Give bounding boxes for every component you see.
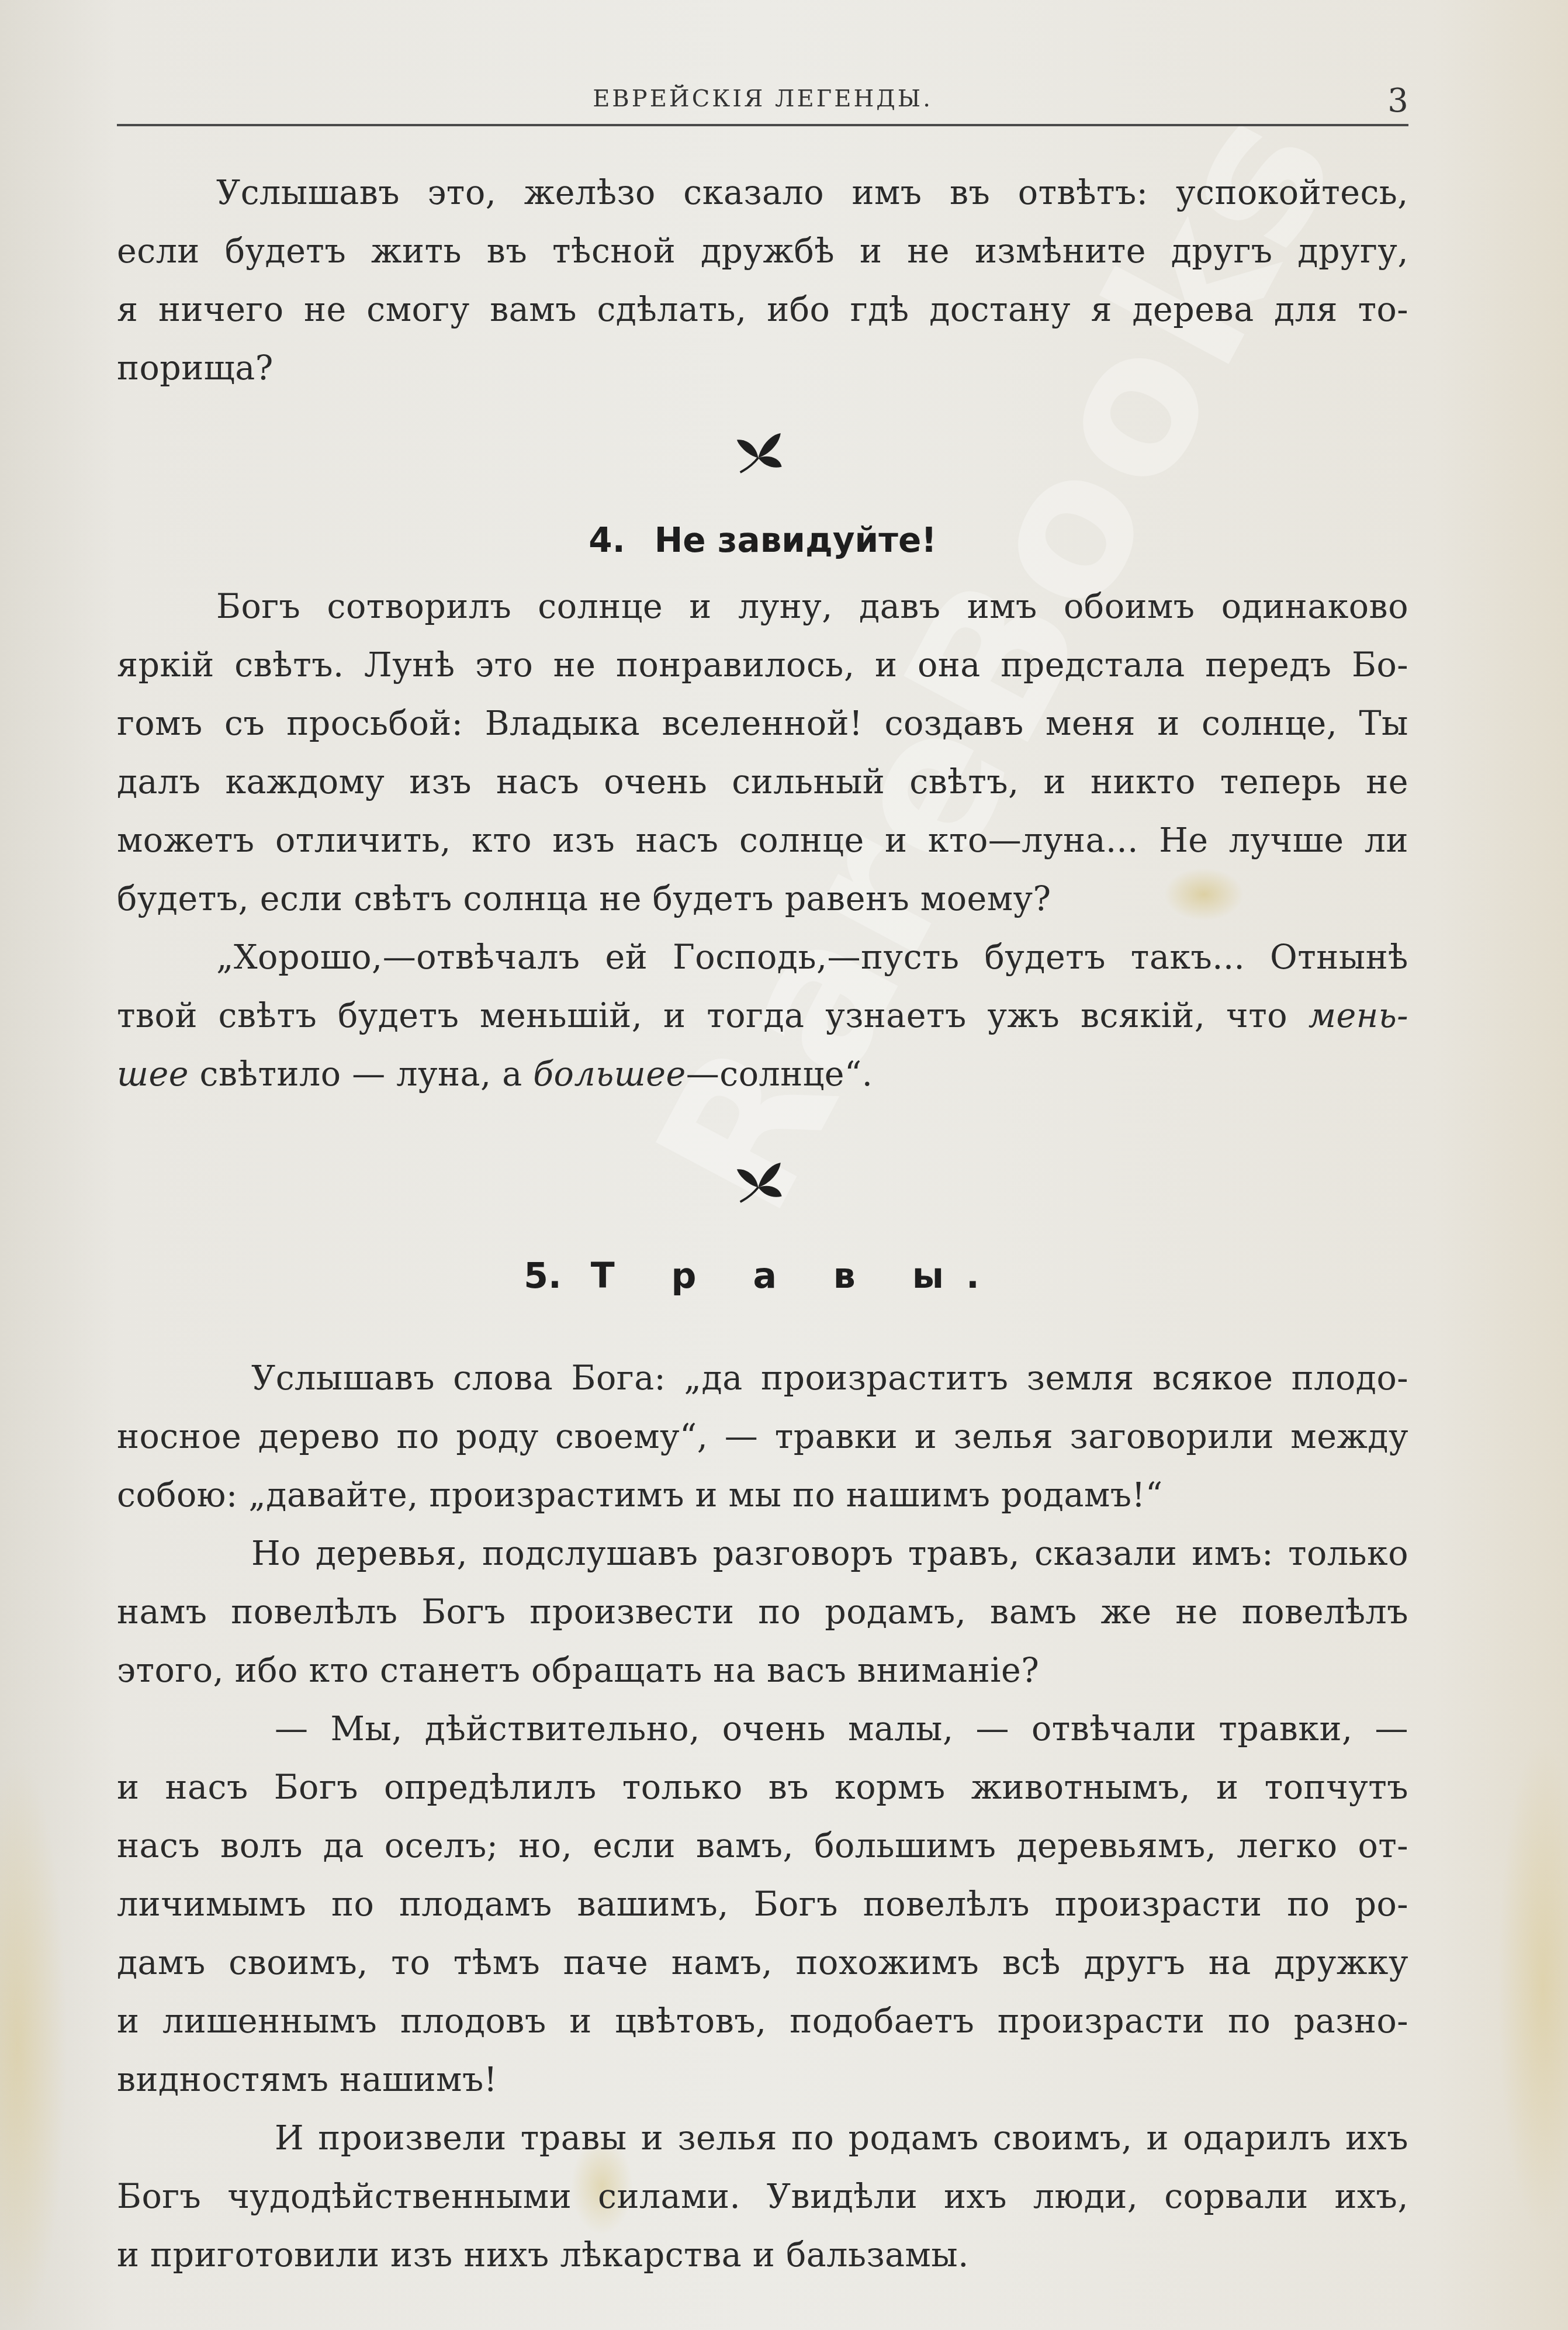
- text-line: этого, ибо кто станетъ обращать на васъ …: [117, 1641, 1408, 1700]
- text-line: Услышавъ слова Бога: „да произраститъ зе…: [117, 1349, 1408, 1408]
- leaf-sprig-icon: [735, 1161, 791, 1204]
- text-line: Богъ чудодѣйственными силами. Увидѣли их…: [117, 2167, 1408, 2226]
- text-line: И произвели травы и зелья по родамъ свои…: [117, 2109, 1408, 2167]
- text-line: собою: „давайте, произрастимъ и мы по на…: [117, 1466, 1408, 1524]
- text-line: яркій свѣтъ. Лунѣ это не понравилось, и …: [117, 636, 1408, 694]
- page-body: Услышавъ это, желѣзо сказало имъ въ отвѣ…: [117, 164, 1408, 2284]
- text-line: Богъ сотворилъ солнце и луну, давъ имъ о…: [117, 578, 1408, 636]
- text-line: я ничего не смогу вамъ сдѣлать, ибо гдѣ …: [117, 281, 1408, 339]
- section-heading: Т р а в ы.: [591, 1256, 1002, 1297]
- section-5-paragraph-1: Услышавъ слова Бога: „да произраститъ зе…: [117, 1349, 1408, 1524]
- text-line: и лишеннымъ плодовъ и цвѣтовъ, подобаетъ…: [117, 1992, 1408, 2051]
- text-line: намъ повелѣлъ Богъ произвести по родамъ,…: [117, 1583, 1408, 1641]
- intro-paragraph: Услышавъ это, желѣзо сказало имъ въ отвѣ…: [117, 164, 1408, 397]
- text-line: личимымъ по плодамъ вашимъ, Богъ повелѣл…: [117, 1875, 1408, 1934]
- text-line: насъ волъ да оселъ; но, если вамъ, больш…: [117, 1817, 1408, 1875]
- text-line: гомъ съ просьбой: Владыка вселенной! соз…: [117, 694, 1408, 753]
- leaf-sprig-icon: [735, 432, 791, 474]
- text-line: носное дерево по роду своему“, — травки …: [117, 1408, 1408, 1466]
- header-rule: [117, 124, 1408, 126]
- section-number: 4.: [589, 520, 625, 560]
- text-run: —солнце“.: [686, 1055, 873, 1094]
- section-4-title: 4.Не завидуйте!: [117, 520, 1408, 560]
- text-line: далъ каждому изъ насъ очень сильный свѣт…: [117, 753, 1408, 811]
- book-page: RareBooks ЕВРЕЙСКІЯ ЛЕГЕНДЫ. 3 Услышавъ …: [0, 0, 1568, 2330]
- section-5-title: 5.Т р а в ы.: [117, 1256, 1408, 1297]
- text-line: — Мы, дѣйствительно, очень малы, — отвѣч…: [117, 1700, 1408, 1758]
- running-title: ЕВРЕЙСКІЯ ЛЕГЕНДЫ.: [117, 85, 1408, 112]
- text-line: твой свѣтъ будетъ меньшій, и тогда узнае…: [117, 987, 1408, 1045]
- text-line: видностямъ нашимъ!: [117, 2051, 1408, 2109]
- text-run: свѣтило — луна, а: [189, 1055, 533, 1094]
- section-heading: Не завидуйте!: [655, 520, 937, 560]
- running-head: ЕВРЕЙСКІЯ ЛЕГЕНДЫ. 3: [117, 82, 1408, 129]
- section-4-paragraph-1: Богъ сотворилъ солнце и луну, давъ имъ о…: [117, 578, 1408, 928]
- section-ornament: [117, 1150, 1408, 1215]
- text-line: Но деревья, подслушавъ разговоръ травъ, …: [117, 1524, 1408, 1583]
- text-line: и насъ Богъ опредѣлилъ только въ кормъ ж…: [117, 1758, 1408, 1817]
- italic-word: мень-: [1309, 997, 1408, 1035]
- text-line: будетъ, если свѣтъ солнца не будетъ раве…: [117, 870, 1408, 928]
- section-ornament: [117, 421, 1408, 485]
- section-5-paragraph-3: — Мы, дѣйствительно, очень малы, — отвѣч…: [117, 1700, 1408, 2109]
- section-number: 5.: [524, 1256, 562, 1297]
- section-5-paragraph-2: Но деревья, подслушавъ разговоръ травъ, …: [117, 1524, 1408, 1700]
- text-line: „Хорошо,—отвѣчалъ ей Господь,—пусть буде…: [117, 928, 1408, 987]
- text-line: шее свѣтило — луна, а большее—солнце“.: [117, 1045, 1408, 1104]
- section-5-paragraph-4: И произвели травы и зелья по родамъ свои…: [117, 2109, 1408, 2284]
- text-line: если будетъ жить въ тѣсной дружбѣ и не и…: [117, 222, 1408, 281]
- section-4-paragraph-2: „Хорошо,—отвѣчалъ ей Господь,—пусть буде…: [117, 928, 1408, 1104]
- text-line: дамъ своимъ, то тѣмъ паче намъ, похожимъ…: [117, 1934, 1408, 1992]
- italic-word: большее: [533, 1055, 686, 1094]
- text-line: Услышавъ это, желѣзо сказало имъ въ отвѣ…: [117, 164, 1408, 222]
- text-line: и приготовили изъ нихъ лѣкарства и бальз…: [117, 2226, 1408, 2284]
- page-number: 3: [1387, 82, 1408, 120]
- text-line: порища?: [117, 339, 1408, 397]
- italic-word: шее: [117, 1055, 189, 1094]
- text-line: можетъ отличить, кто изъ насъ солнце и к…: [117, 811, 1408, 870]
- text-run: твой свѣтъ будетъ меньшій, и тогда узнае…: [117, 997, 1287, 1035]
